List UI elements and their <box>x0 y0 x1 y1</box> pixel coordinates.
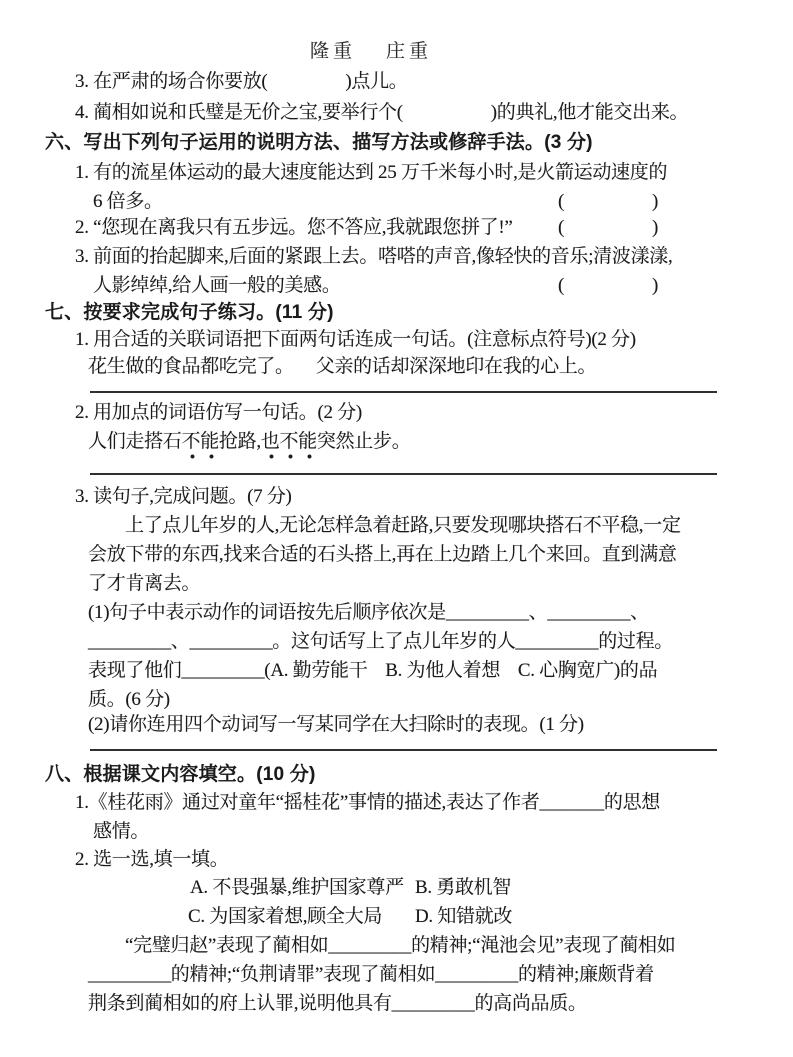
question-3-line: 3. 在严肃的场合你要放()点儿。 <box>75 67 408 96</box>
option-b: B. 勇敢机智 <box>415 873 511 902</box>
section-8-para-line-2: _________的精神;“负荆请罪”表现了蔺相如_________的精神;廉颇… <box>88 960 654 989</box>
question-3-text-before: 3. 在严肃的场合你要放 <box>75 71 261 92</box>
question-4-line: 4. 蔺相如说和氏璧是无价之宝,要举行个()的典礼,他才能交出来。 <box>75 98 688 127</box>
option-d: D. 知错就改 <box>415 902 512 931</box>
q3-sub1-line-3: 表现了他们_________(A. 勤劳能干 B. 为他人着想 C. 心胸宽广)… <box>88 656 657 685</box>
section-6-item-3-line-1: 3. 前面的抬起脚来,后面的紧跟上去。嗒嗒的声音,像轻快的音乐;清波漾漾, <box>75 242 672 271</box>
option-c: C. 为国家着想,顾全大局 <box>188 902 415 931</box>
paren-close: ) <box>652 187 658 216</box>
q2-segment: 突然止步。 <box>317 431 411 452</box>
answer-writing-line <box>90 749 717 751</box>
q2-segment: 人们走搭石 <box>88 431 182 452</box>
paren-close: ) <box>652 271 658 300</box>
emphasized-word: 不能 <box>182 431 219 460</box>
answer-parentheses: () <box>397 98 497 127</box>
worksheet-page: 隆重 庄重 3. 在严肃的场合你要放()点儿。 4. 蔺相如说和氏璧是无价之宝,… <box>0 0 793 1057</box>
section-7-q1-sentences: 花生做的食品都吃完了。 父亲的话却深深地印在我的心上。 <box>88 352 596 381</box>
section-8-para-line-1: “完璧归赵”表现了蔺相如_________的精神;“渑池会见”表现了蔺相如 <box>125 931 675 960</box>
option-row-ab: A. 不畏强暴,维护国家尊严 B. 勇敢机智 <box>190 873 511 902</box>
question-4-text-after: 的典礼,他才能交出来。 <box>497 102 688 123</box>
answer-writing-line <box>90 391 717 393</box>
section-6-item-2-line: 2. “您现在离我只有五步远。您不答应,我就跟您拼了!” <box>75 213 513 242</box>
option-a: A. 不畏强暴,维护国家尊严 <box>190 873 415 902</box>
paren-open: ( <box>558 187 564 216</box>
paren-open: ( <box>397 98 403 127</box>
passage-line-2: 会放下带的东西,找来合适的石头搭上,再在上边踏上几个来回。直到满意 <box>88 540 677 569</box>
paren-close: ) <box>652 213 658 242</box>
paren-open: ( <box>261 67 267 96</box>
section-7-title: 七、按要求完成句子练习。(11 分) <box>45 298 334 327</box>
word-bank: 隆重 庄重 <box>310 37 432 66</box>
section-8-q1-line-2: 感情。 <box>93 817 149 846</box>
section-8-q1-line-1: 1.《桂花雨》通过对童年“摇桂花”事情的描述,表达了作者_______的思想 <box>75 788 660 817</box>
q2-segment: 抢路, <box>219 431 261 452</box>
word-bank-item-2: 庄重 <box>386 37 432 66</box>
question-4-text-before: 4. 蔺相如说和氏璧是无价之宝,要举行个 <box>75 102 397 123</box>
word-bank-item-1: 隆重 <box>310 37 356 66</box>
paren-open: ( <box>558 271 564 300</box>
option-row-cd: C. 为国家着想,顾全大局 D. 知错就改 <box>188 902 512 931</box>
answer-parentheses: () <box>261 67 351 96</box>
section-8-para-line-3: 荆条到蔺相如的府上认罪,说明他具有_________的高尚品质。 <box>88 989 587 1018</box>
section-7-q2-prompt: 2. 用加点的词语仿写一句话。(2 分) <box>75 398 362 427</box>
q3-sub2-prompt: (2)请你连用四个动词写一写某同学在大扫除时的表现。(1 分) <box>88 710 584 739</box>
passage-line-1: 上了点儿年岁的人,无论怎样急着赶路,只要发现哪块搭石不平稳,一定 <box>125 511 681 540</box>
q3-sub1-line-2: _________、_________。这句话写上了点儿年岁的人________… <box>88 627 673 656</box>
question-3-text-after: 点儿。 <box>351 71 407 92</box>
answer-writing-line <box>90 473 717 475</box>
section-8-title: 八、根据课文内容填空。(10 分) <box>45 760 315 789</box>
emphasized-word: 也不能 <box>261 431 317 460</box>
paren-open: ( <box>558 213 564 242</box>
section-6-item-1-line-2: 6 倍多。 <box>93 187 163 216</box>
section-6-item-3-line-2: 人影绰绰,给人画一般的美感。 <box>93 271 341 300</box>
passage-line-3: 了才肯离去。 <box>88 569 200 598</box>
section-8-q2-prompt: 2. 选一选,填一填。 <box>75 845 228 874</box>
section-7-q1-prompt: 1. 用合适的关联词语把下面两句话连成一句话。(注意标点符号)(2 分) <box>75 325 636 354</box>
q3-sub1-line-1: (1)句子中表示动作的词语按先后顺序依次是_________、_________… <box>88 598 649 627</box>
q1-sentence-2: 父亲的话却深深地印在我的心上。 <box>316 352 597 381</box>
answer-parentheses: () <box>558 187 658 216</box>
answer-parentheses: () <box>558 213 658 242</box>
section-7-q2-sentence: 人们走搭石不能抢路,也不能突然止步。 <box>88 427 410 456</box>
q1-sentence-1: 花生做的食品都吃完了。 <box>88 352 294 381</box>
section-6-title: 六、写出下列句子运用的说明方法、描写方法或修辞手法。(3 分) <box>45 128 593 157</box>
section-7-q3-prompt: 3. 读句子,完成问题。(7 分) <box>75 482 292 511</box>
answer-parentheses: () <box>558 271 658 300</box>
section-6-item-1-line-1: 1. 有的流星体运动的最大速度能达到 25 万千米每小时,是火箭运动速度的 <box>75 158 667 187</box>
